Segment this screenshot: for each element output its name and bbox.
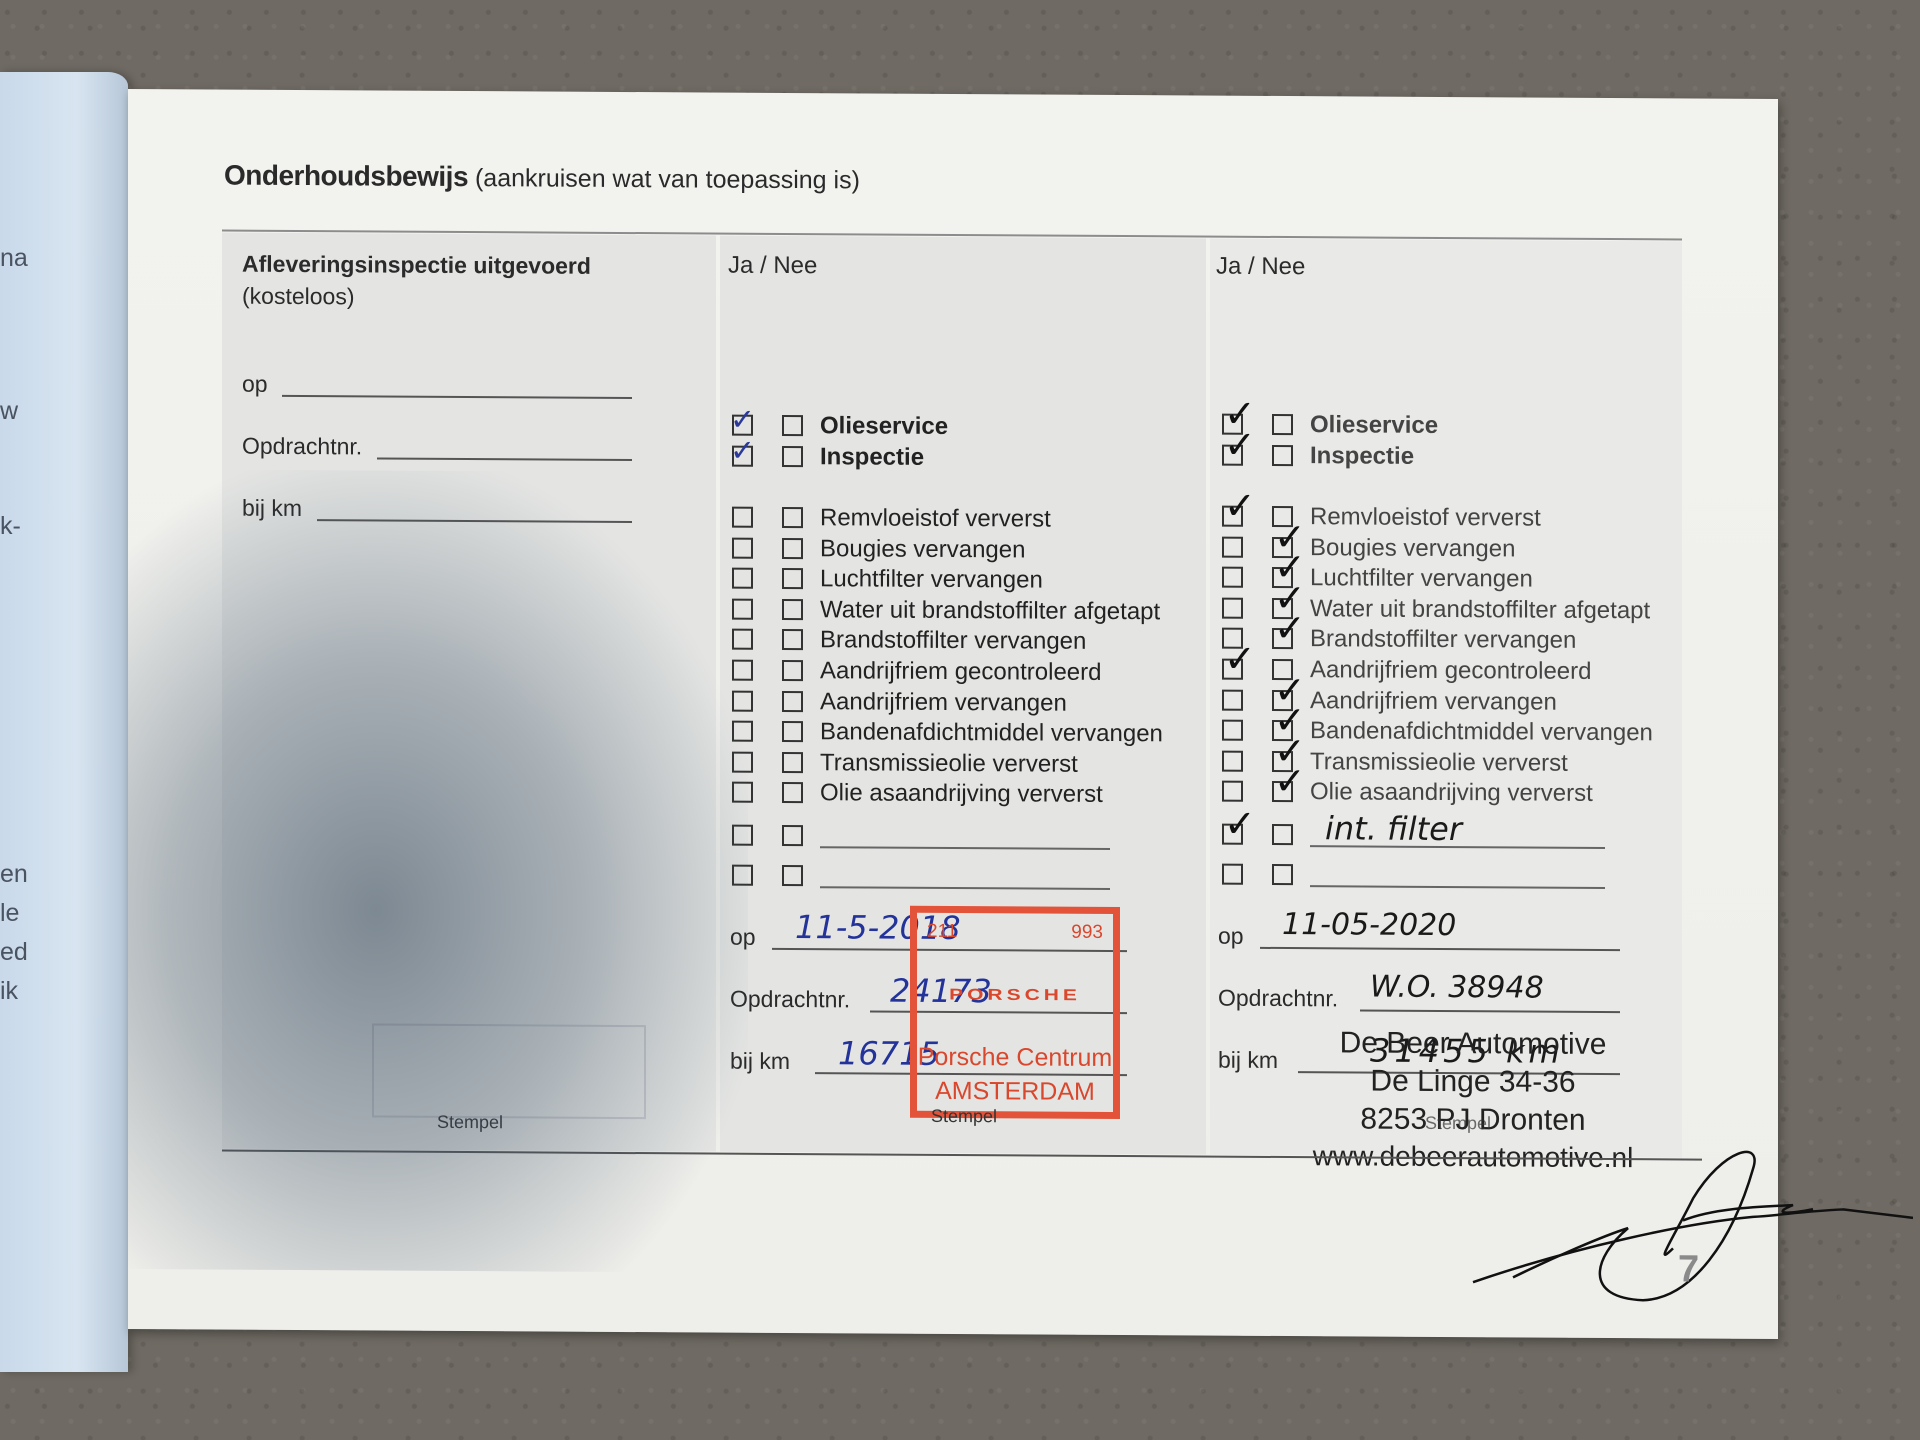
checklist-item-label: Remvloeistof ververst bbox=[1310, 503, 1541, 532]
dealer-name: De Beer Automotive bbox=[1258, 1026, 1688, 1063]
delivery-km-label: bij km bbox=[242, 495, 302, 522]
delivery-stamp-label: Stempel bbox=[437, 1112, 503, 1133]
service-stamp-label: Stempel bbox=[931, 1106, 997, 1127]
nee-checkbox[interactable] bbox=[1272, 751, 1293, 772]
checklist-item-label: Water uit brandstoffilter afgetapt bbox=[820, 596, 1160, 626]
checklist-item-label: Transmissieolie ververst bbox=[820, 749, 1078, 779]
left-page-text-fragment: le bbox=[0, 899, 19, 928]
nee-checkbox[interactable] bbox=[782, 691, 803, 712]
ja-checkbox[interactable] bbox=[732, 721, 753, 742]
checklist-row: ✓Aandrijfriem vervangen bbox=[1210, 686, 1682, 719]
ja-checkbox[interactable] bbox=[732, 568, 753, 589]
left-page-text-fragment: en bbox=[0, 860, 28, 889]
nee-checkbox[interactable] bbox=[782, 865, 803, 886]
nee-checkbox[interactable] bbox=[1272, 824, 1293, 845]
porsche-dealer-stamp: 211 993 PORSCHE Porsche Centrum AMSTERDA… bbox=[910, 906, 1120, 1119]
checklist-item-label: Bandenafdichtmiddel vervangen bbox=[820, 718, 1163, 748]
delivery-order-field[interactable] bbox=[377, 457, 632, 460]
checklist-row: ✓Luchtfilter vervangen bbox=[1210, 564, 1682, 597]
service-order-label: Opdrachtnr. bbox=[730, 986, 850, 1014]
checklist-row: ✓Bandenafdichtmiddel vervangen bbox=[1210, 717, 1682, 750]
ja-checkbox[interactable] bbox=[1222, 689, 1243, 710]
checklist-row: Brandstoffilter vervangen bbox=[720, 626, 1206, 660]
delivery-inspection-column: Afleveringsinspectie uitgevoerd (kostelo… bbox=[222, 233, 716, 1152]
checklist-row: Transmissieolie ververst bbox=[720, 748, 1206, 782]
ja-checkbox[interactable] bbox=[1222, 659, 1243, 680]
checklist-item-label: Luchtfilter vervangen bbox=[1310, 564, 1533, 593]
checklist-item-label: Inspectie bbox=[1310, 442, 1414, 471]
ja-checkbox[interactable] bbox=[732, 690, 753, 711]
delivery-km-field[interactable] bbox=[317, 519, 632, 522]
dealer-street: De Linge 34-36 bbox=[1258, 1064, 1688, 1101]
checklist-item-label: Bougies vervangen bbox=[1310, 534, 1515, 563]
custom-item-field[interactable] bbox=[1310, 885, 1605, 888]
checklist-item-label: Olieservice bbox=[1310, 411, 1438, 440]
nee-checkbox[interactable] bbox=[1272, 598, 1293, 619]
delivery-date-label: op bbox=[242, 371, 268, 398]
checklist-row: ✓Inspectie bbox=[1210, 441, 1682, 474]
checklist-item-label: Brandstoffilter vervangen bbox=[1310, 626, 1576, 656]
checklist-row: Aandrijfriem vervangen bbox=[720, 687, 1206, 721]
ja-nee-header: Ja / Nee bbox=[728, 252, 817, 281]
checklist-row: Remvloeistof ververst bbox=[720, 504, 1206, 538]
checklist-item-label: Aandrijfriem gecontroleerd bbox=[820, 657, 1101, 687]
ja-checkbox[interactable] bbox=[732, 445, 753, 466]
delivery-order-label: Opdrachtnr. bbox=[242, 433, 362, 461]
checklist-row: ✓Olieservice bbox=[1210, 411, 1682, 444]
faint-stamp-impression bbox=[372, 1023, 646, 1119]
checklist-item-label: Bandenafdichtmiddel vervangen bbox=[1310, 717, 1653, 747]
checklist-item-label: Bougies vervangen bbox=[820, 535, 1025, 564]
service-column-2020: Ja / Nee ✓Olieservice✓Inspectie✓Remvloei… bbox=[1210, 239, 1682, 1158]
nee-checkbox[interactable] bbox=[782, 538, 803, 559]
page-title: Onderhoudsbewijs (aankruisen wat van toe… bbox=[224, 160, 860, 196]
checklist-row: ✓Olieservice bbox=[720, 412, 1206, 446]
checklist-row: Aandrijfriem gecontroleerd bbox=[720, 657, 1206, 691]
checklist-row: ✓Inspectie bbox=[720, 442, 1206, 476]
stamp-left-number: 211 bbox=[927, 921, 957, 943]
service-order-field[interactable] bbox=[1360, 1009, 1620, 1012]
nee-checkbox[interactable] bbox=[1272, 659, 1293, 680]
service-date-value: 11-05-2020 bbox=[1282, 907, 1456, 943]
checklist-row: Bandenafdichtmiddel vervangen bbox=[720, 718, 1206, 752]
ja-checkbox[interactable] bbox=[732, 865, 753, 886]
checklist-item-label: Aandrijfriem gecontroleerd bbox=[1310, 656, 1591, 686]
checklist-row bbox=[720, 862, 1206, 896]
stamp-right-number: 993 bbox=[1071, 922, 1103, 944]
ja-checkbox[interactable] bbox=[732, 629, 753, 650]
checklist-item-label: Aandrijfriem vervangen bbox=[820, 688, 1067, 718]
checklist-item-label: Luchtfilter vervangen bbox=[820, 565, 1043, 594]
nee-checkbox[interactable] bbox=[1272, 781, 1293, 802]
service-km-label: bij km bbox=[730, 1048, 790, 1075]
ja-checkbox[interactable] bbox=[1222, 506, 1243, 527]
custom-item-field[interactable] bbox=[820, 886, 1110, 889]
ja-checkbox[interactable] bbox=[732, 537, 753, 558]
page-title-note: (aankruisen wat van toepassing is) bbox=[475, 164, 860, 194]
ja-nee-header: Ja / Nee bbox=[1216, 253, 1305, 282]
ja-checkbox[interactable] bbox=[732, 751, 753, 772]
service-date-label: op bbox=[730, 924, 756, 951]
nee-checkbox[interactable] bbox=[1272, 414, 1293, 435]
nee-checkbox[interactable] bbox=[1272, 628, 1293, 649]
nee-checkbox[interactable] bbox=[782, 782, 803, 803]
nee-checkbox[interactable] bbox=[782, 629, 803, 650]
page-number: 7 bbox=[1678, 1248, 1699, 1291]
custom-item-field[interactable] bbox=[820, 846, 1110, 849]
checklist-row: Water uit brandstoffilter afgetapt bbox=[720, 595, 1206, 629]
checklist-item-label: Aandrijfriem vervangen bbox=[1310, 687, 1557, 717]
nee-checkbox[interactable] bbox=[782, 752, 803, 773]
ja-checkbox[interactable] bbox=[732, 660, 753, 681]
nee-checkbox[interactable] bbox=[782, 825, 803, 846]
checklist-item-label: Remvloeistof ververst bbox=[820, 504, 1051, 533]
page-title-bold: Onderhoudsbewijs bbox=[224, 160, 468, 192]
service-order-value: W.O. 38948 bbox=[1370, 970, 1544, 1006]
ja-checkbox[interactable] bbox=[1222, 781, 1243, 802]
delivery-date-field[interactable] bbox=[282, 395, 632, 399]
checklist-row: Luchtfilter vervangen bbox=[720, 565, 1206, 599]
nee-checkbox[interactable] bbox=[1272, 864, 1293, 885]
service-date-label: op bbox=[1218, 923, 1244, 950]
left-page-text-fragment: ed bbox=[0, 938, 28, 967]
checklist-row: ✓Bougies vervangen bbox=[1210, 533, 1682, 566]
checklist-row: ✓Aandrijfriem gecontroleerd bbox=[1210, 656, 1682, 689]
ja-checkbox[interactable] bbox=[1222, 444, 1243, 465]
checklist-row: ✓Transmissieolie ververst bbox=[1210, 747, 1682, 780]
ja-checkbox[interactable] bbox=[732, 415, 753, 436]
ja-checkbox[interactable] bbox=[1222, 824, 1243, 845]
service-order-label: Opdrachtnr. bbox=[1218, 985, 1338, 1013]
checklist-item-label: Olie asaandrijving ververst bbox=[1310, 779, 1593, 809]
ja-checkbox[interactable] bbox=[732, 598, 753, 619]
nee-checkbox[interactable] bbox=[782, 599, 803, 620]
ja-checkbox[interactable] bbox=[1222, 750, 1243, 771]
custom-item-value: int. filter bbox=[1325, 809, 1462, 848]
nee-checkbox[interactable] bbox=[782, 568, 803, 589]
nee-checkbox[interactable] bbox=[782, 415, 803, 436]
checklist-row: ✓int. filter bbox=[1210, 821, 1682, 854]
left-page-text-fragment: ik bbox=[0, 977, 18, 1006]
checklist-row: ✓Olie asaandrijving ververst bbox=[1210, 778, 1682, 811]
nee-checkbox[interactable] bbox=[782, 507, 803, 528]
previous-page-edge: na w k- en le ed ik bbox=[0, 72, 128, 1372]
nee-checkbox[interactable] bbox=[1272, 720, 1293, 741]
ja-checkbox[interactable] bbox=[1222, 864, 1243, 885]
ja-checkbox[interactable] bbox=[1222, 628, 1243, 649]
checklist-item-label: Olie asaandrijving ververst bbox=[820, 780, 1103, 810]
stamp-dealer-name: Porsche Centrum bbox=[917, 1043, 1113, 1073]
maintenance-record-page: Onderhoudsbewijs (aankruisen wat van toe… bbox=[128, 89, 1778, 1339]
nee-checkbox[interactable] bbox=[1272, 506, 1293, 527]
ja-checkbox[interactable] bbox=[1222, 567, 1243, 588]
checklist-item-label: Water uit brandstoffilter afgetapt bbox=[1310, 595, 1650, 625]
checklist-row: Olie asaandrijving ververst bbox=[720, 779, 1206, 813]
checklist-row: ✓Remvloeistof ververst bbox=[1210, 503, 1682, 536]
stamp-brand: PORSCHE bbox=[927, 986, 1103, 1005]
stamp-dealer-city: AMSTERDAM bbox=[917, 1077, 1113, 1107]
checklist-row bbox=[720, 822, 1206, 856]
nee-checkbox[interactable] bbox=[1272, 690, 1293, 711]
delivery-heading: Afleveringsinspectie uitgevoerd bbox=[242, 251, 591, 280]
checklist-row: ✓Water uit brandstoffilter afgetapt bbox=[1210, 594, 1682, 627]
ja-checkbox[interactable] bbox=[732, 782, 753, 803]
left-page-text-fragment: na bbox=[0, 244, 28, 273]
checklist-row bbox=[1210, 861, 1682, 894]
checklist-row: Bougies vervangen bbox=[720, 534, 1206, 568]
left-page-text-fragment: w bbox=[0, 397, 18, 426]
service-date-field[interactable] bbox=[1260, 947, 1620, 951]
checklist-item-label: Brandstoffilter vervangen bbox=[820, 627, 1086, 657]
checklist-item-label: Inspectie bbox=[820, 443, 924, 472]
checklist-item-label: Olieservice bbox=[820, 412, 948, 441]
ja-checkbox[interactable] bbox=[732, 507, 753, 528]
nee-checkbox[interactable] bbox=[782, 446, 803, 467]
left-page-text-fragment: k- bbox=[0, 512, 21, 541]
delivery-subheading: (kosteloos) bbox=[242, 283, 354, 311]
nee-checkbox[interactable] bbox=[1272, 567, 1293, 588]
checklist-item-label: Transmissieolie ververst bbox=[1310, 748, 1568, 778]
ja-checkbox[interactable] bbox=[1222, 536, 1243, 557]
nee-checkbox[interactable] bbox=[1272, 537, 1293, 558]
nee-checkbox[interactable] bbox=[782, 721, 803, 742]
ja-checkbox[interactable] bbox=[1222, 720, 1243, 741]
nee-checkbox[interactable] bbox=[1272, 445, 1293, 466]
ja-checkbox[interactable] bbox=[1222, 414, 1243, 435]
checklist-row: ✓Brandstoffilter vervangen bbox=[1210, 625, 1682, 658]
signature-scribble bbox=[1453, 1127, 1913, 1330]
ja-checkbox[interactable] bbox=[1222, 597, 1243, 618]
nee-checkbox[interactable] bbox=[782, 660, 803, 681]
ja-checkbox[interactable] bbox=[732, 825, 753, 846]
